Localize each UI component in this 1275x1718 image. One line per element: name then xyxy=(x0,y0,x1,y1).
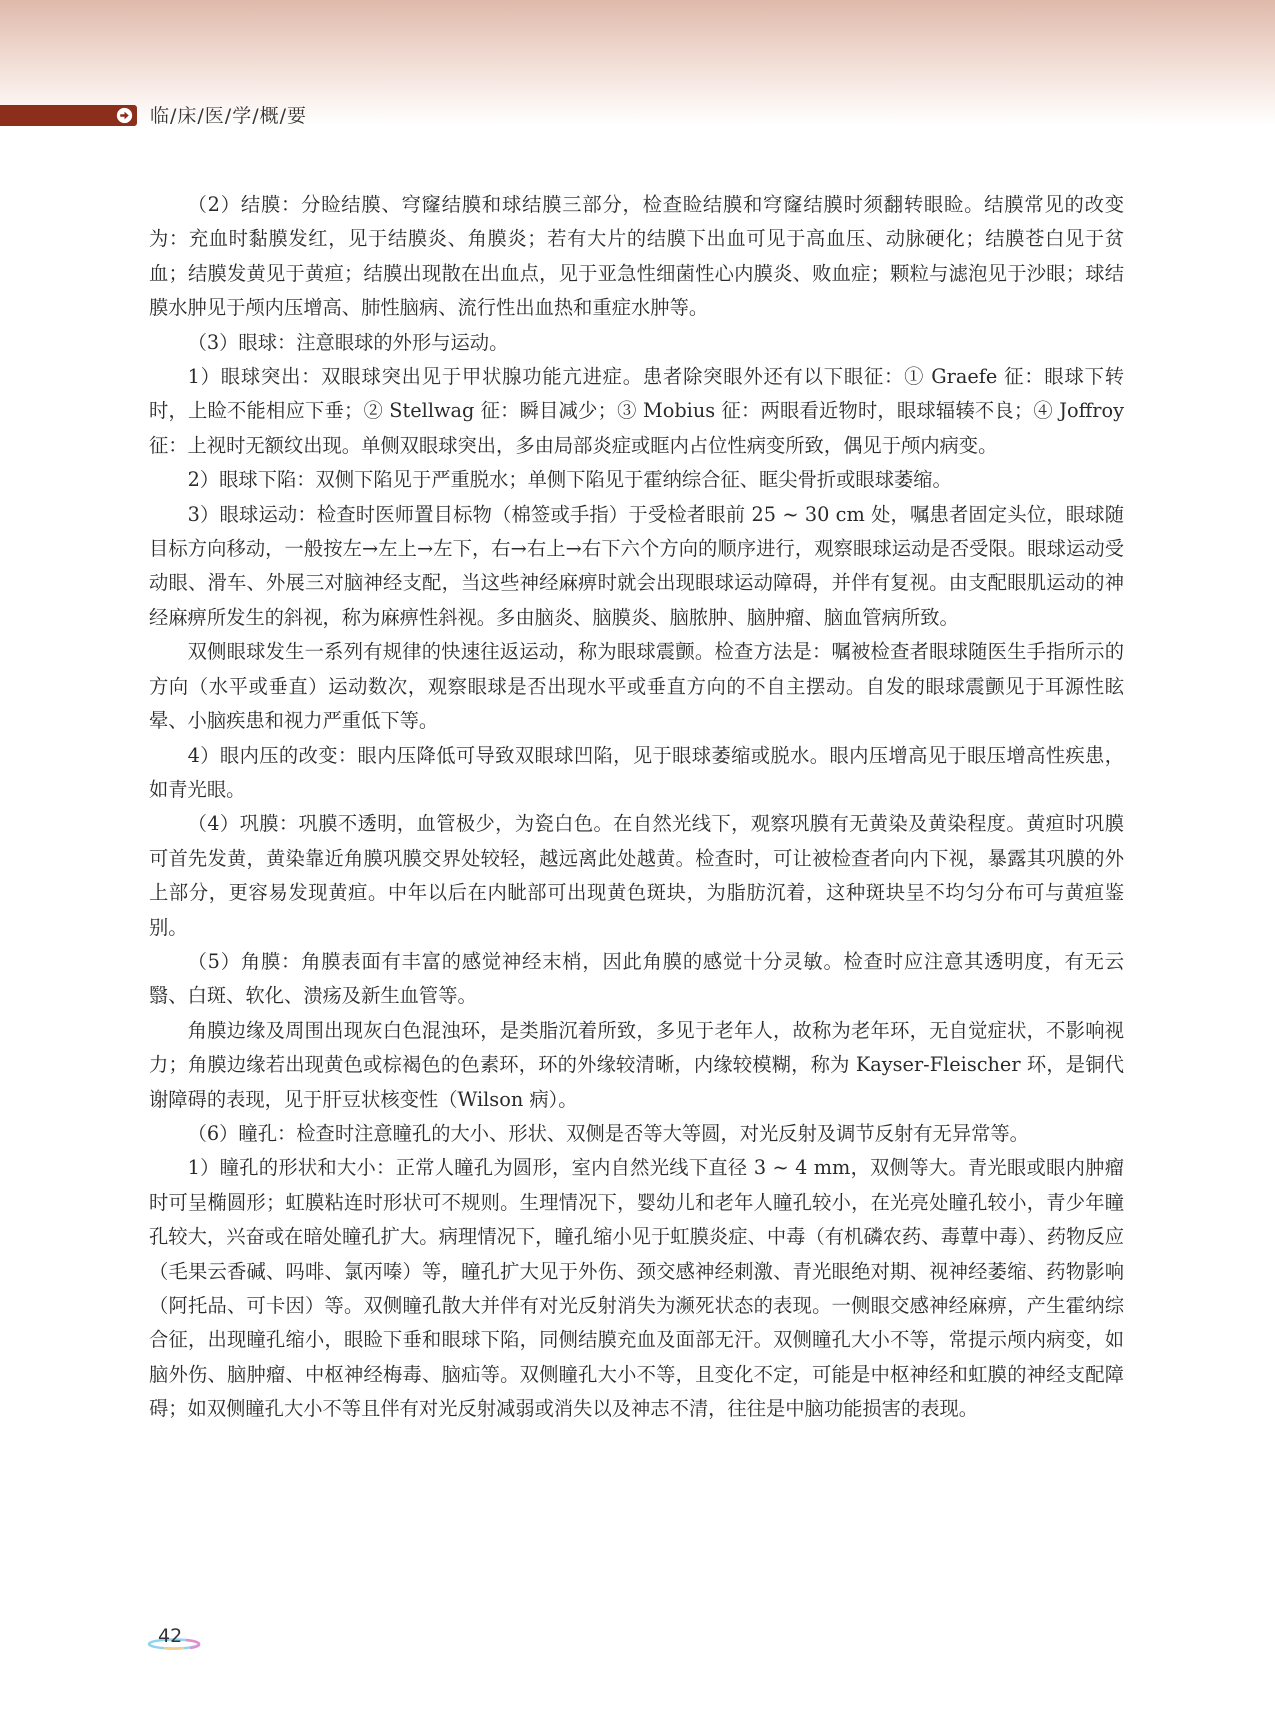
paragraph-eye-movement: 3）眼球运动：检查时医师置目标物（棉签或手指）于受检者眼前 25 ~ 30 cm… xyxy=(149,498,1124,636)
running-header-title: 临/床/医/学/概/要 xyxy=(150,103,307,129)
paragraph-cornea: （5）角膜：角膜表面有丰富的感觉神经末梢，因此角膜的感觉十分灵敏。检查时应注意其… xyxy=(149,945,1124,1014)
paragraph-conjunctiva: （2）结膜：分睑结膜、穹窿结膜和球结膜三部分，检查睑结膜和穹窿结膜时须翻转眼睑。… xyxy=(149,188,1124,326)
paragraph-intraocular-pressure: 4）眼内压的改变：眼内压降低可导致双眼球凹陷，见于眼球萎缩或脱水。眼内压增高见于… xyxy=(149,739,1124,808)
page-number: 42 xyxy=(158,1625,182,1647)
paragraph-pupil-shape-size: 1）瞳孔的形状和大小：正常人瞳孔为圆形，室内自然光线下直径 3 ~ 4 mm，双… xyxy=(149,1151,1124,1426)
paragraph-exophthalmos: 1）眼球突出：双眼球突出见于甲状腺功能亢进症。患者除突眼外还有以下眼征：① Gr… xyxy=(149,360,1124,463)
paragraph-eyeball-heading: （3）眼球：注意眼球的外形与运动。 xyxy=(149,326,1124,360)
body-text: （2）结膜：分睑结膜、穹窿结膜和球结膜三部分，检查睑结膜和穹窿结膜时须翻转眼睑。… xyxy=(149,188,1124,1427)
paragraph-nystagmus: 双侧眼球发生一系列有规律的快速往返运动，称为眼球震颤。检查方法是：嘱被检查者眼球… xyxy=(149,635,1124,738)
paragraph-sclera: （4）巩膜：巩膜不透明，血管极少，为瓷白色。在自然光线下，观察巩膜有无黄染及黄染… xyxy=(149,807,1124,945)
paragraph-pupil-heading: （6）瞳孔：检查时注意瞳孔的大小、形状、双侧是否等大等圆，对光反射及调节反射有无… xyxy=(149,1117,1124,1151)
arrow-right-circle-icon xyxy=(116,107,133,124)
paragraph-corneal-ring: 角膜边缘及周围出现灰白色混浊环，是类脂沉着所致，多见于老年人，故称为老年环，无自… xyxy=(149,1014,1124,1117)
paragraph-enophthalmos: 2）眼球下陷：双侧下陷见于严重脱水；单侧下陷见于霍纳综合征、眶尖骨折或眼球萎缩。 xyxy=(149,463,1124,497)
